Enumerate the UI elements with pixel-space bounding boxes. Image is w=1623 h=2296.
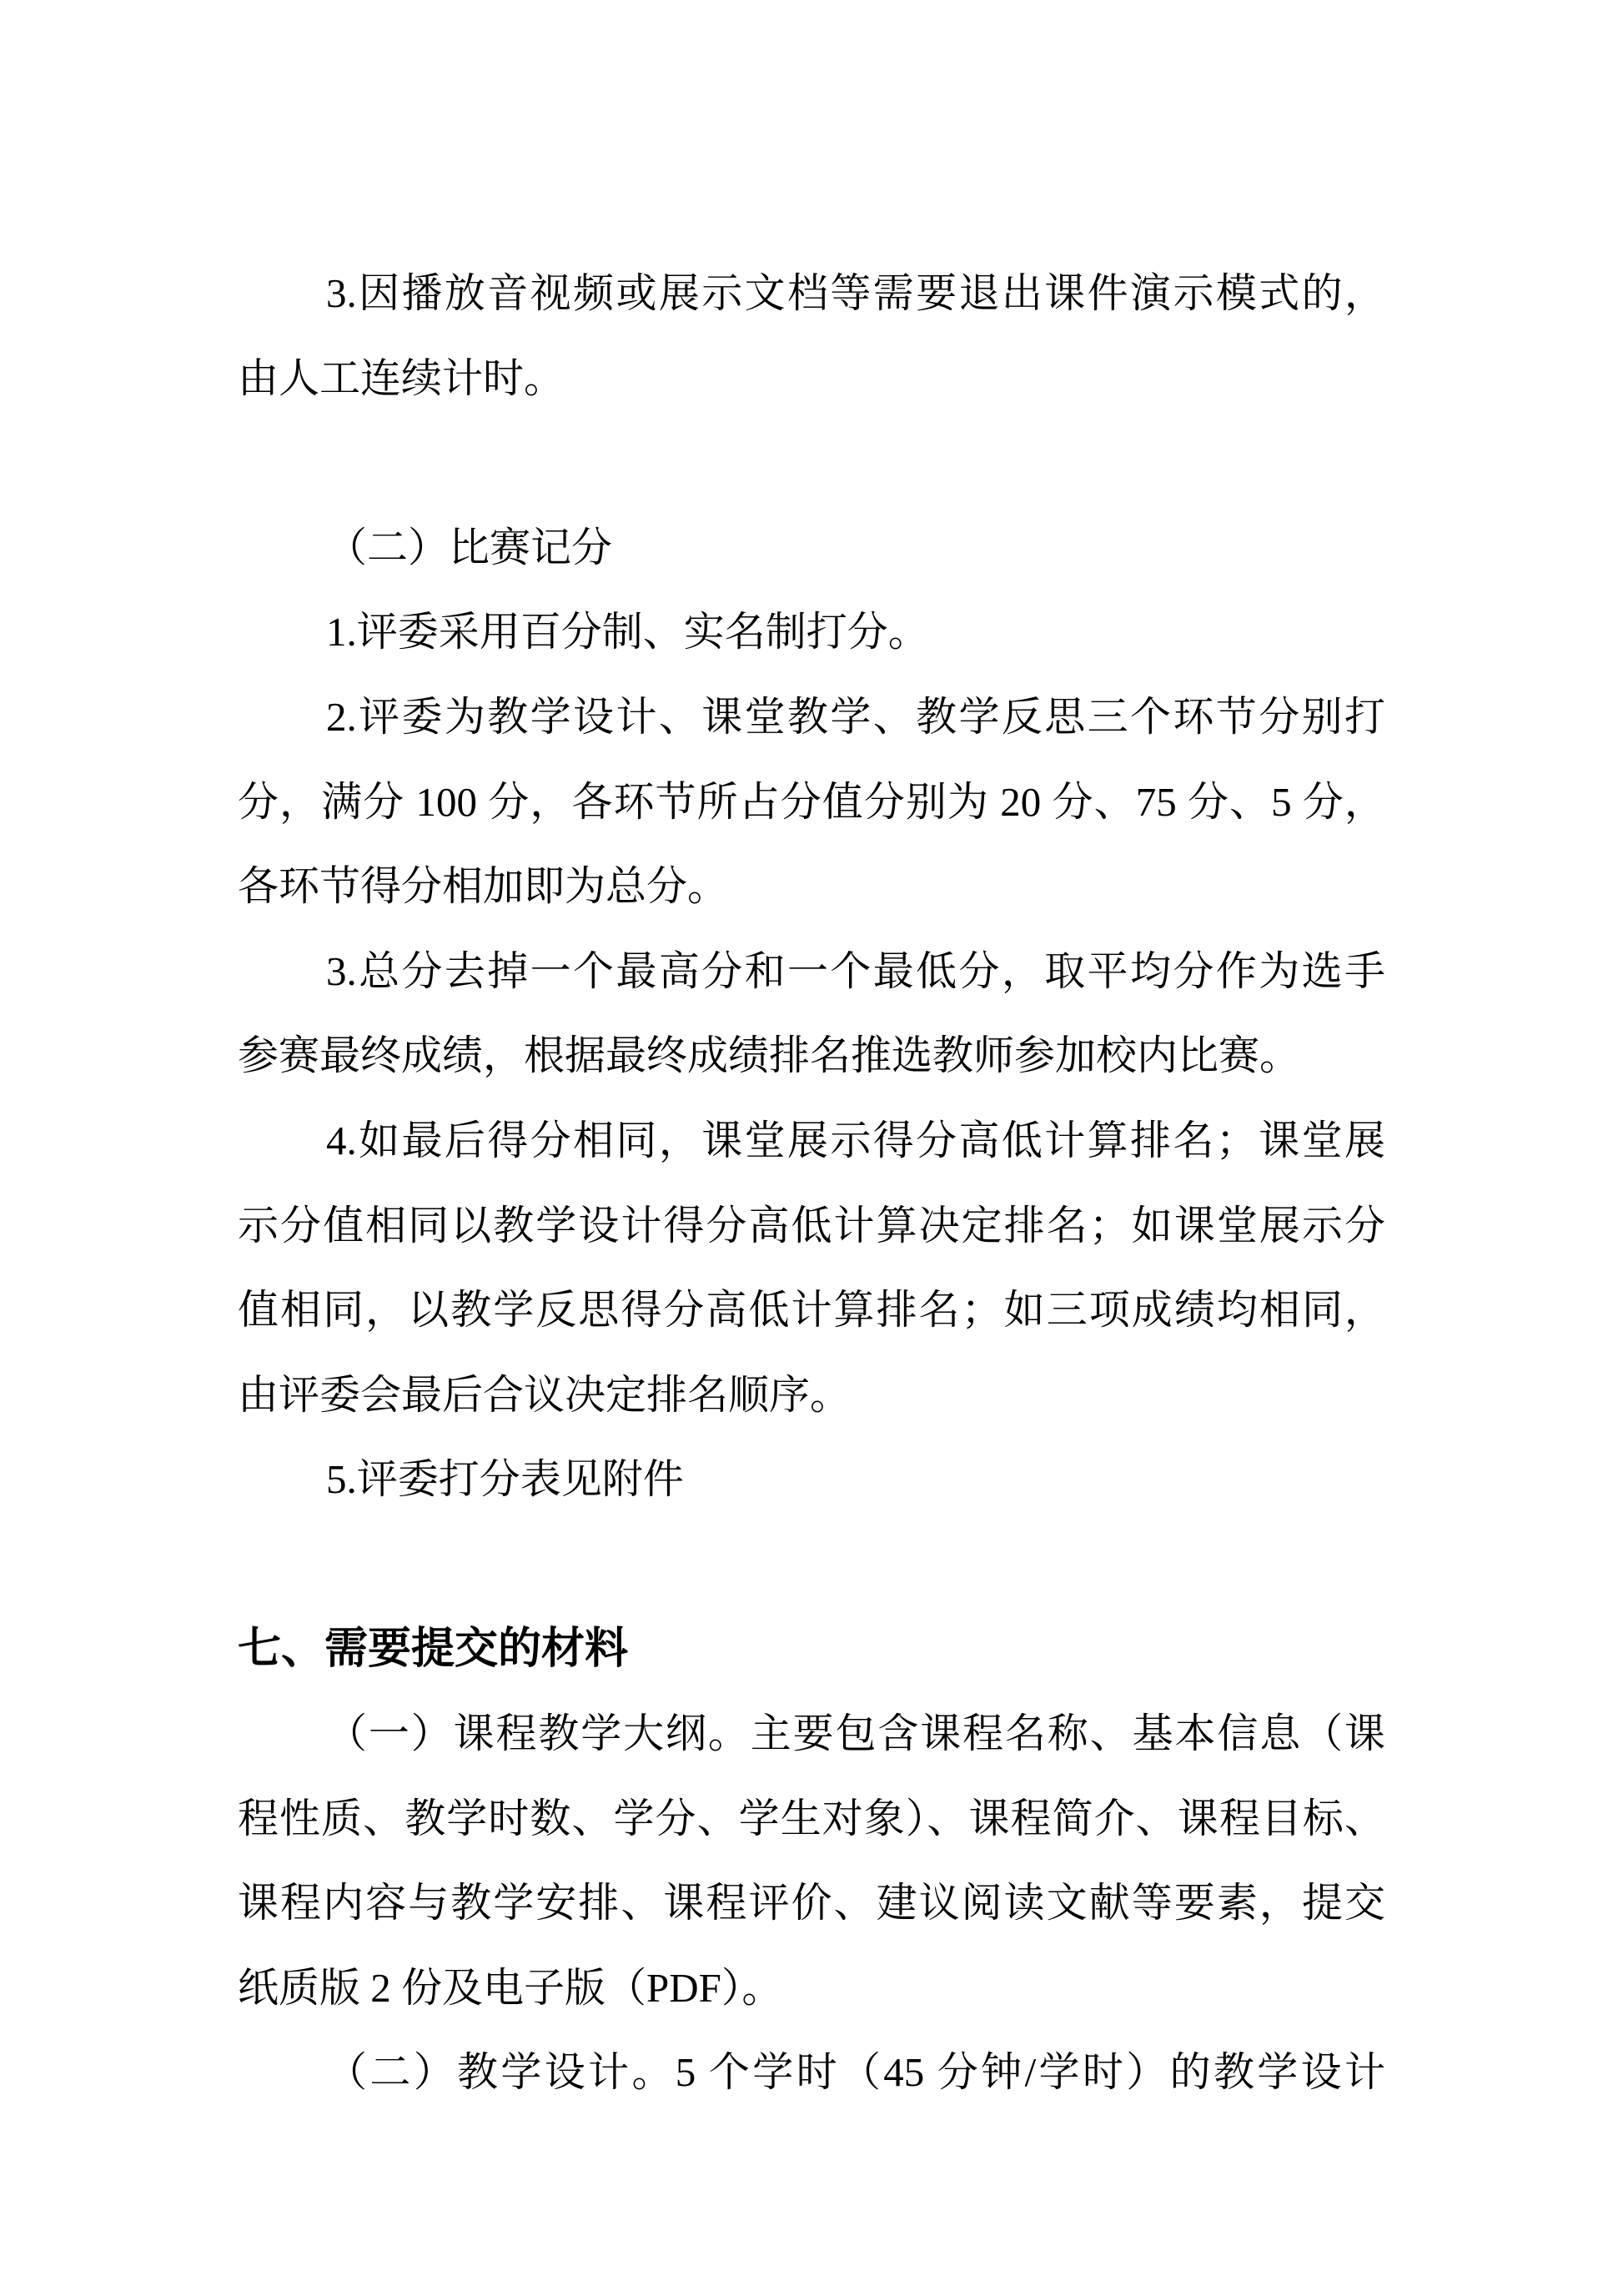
text-line: 课程内容与教学安排、课程评价、建议阅读文献等要素，提交 — [238, 1861, 1385, 1946]
text-line: 4.如最后得分相同，课堂展示得分高低计算排名；课堂展 — [238, 1098, 1385, 1183]
text-line: 参赛最终成绩，根据最终成绩排名推选教师参加校内比赛。 — [238, 1013, 1385, 1098]
text-line: 3.总分去掉一个最高分和一个最低分，取平均分作为选手 — [238, 929, 1385, 1014]
text-line: 1.评委采用百分制、实名制打分。 — [238, 590, 1385, 675]
document-content: 3.因播放音视频或展示文档等需要退出课件演示模式的，由人工连续计时。（二）比赛记… — [238, 251, 1385, 2115]
blank-line — [238, 1522, 1385, 1607]
text-line: 由评委会最后合议决定排名顺序。 — [238, 1353, 1385, 1438]
text-line: （二）教学设计。5 个学时（45 分钟/学时）的教学设计 — [238, 2030, 1385, 2115]
text-line: 5.评委打分表见附件 — [238, 1437, 1385, 1522]
text-line: 值相同，以教学反思得分高低计算排名；如三项成绩均相同， — [238, 1268, 1385, 1353]
text-line: （一）课程教学大纲。主要包含课程名称、基本信息（课 — [238, 1691, 1385, 1776]
text-line: 2.评委为教学设计、课堂教学、教学反思三个环节分别打 — [238, 675, 1385, 760]
text-line: 由人工连续计时。 — [238, 336, 1385, 421]
section-heading: 七、需要提交的材料 — [238, 1607, 1385, 1692]
text-line: 程性质、教学时数、学分、学生对象）、课程简介、课程目标、 — [238, 1776, 1385, 1861]
blank-line — [238, 420, 1385, 505]
text-line: 纸质版 2 份及电子版（PDF）。 — [238, 1946, 1385, 2031]
text-line: 各环节得分相加即为总分。 — [238, 844, 1385, 929]
text-line: 3.因播放音视频或展示文档等需要退出课件演示模式的， — [238, 251, 1385, 336]
text-line: （二）比赛记分 — [238, 505, 1385, 590]
text-line: 示分值相同以教学设计得分高低计算决定排名；如课堂展示分 — [238, 1183, 1385, 1269]
document-page: 3.因播放音视频或展示文档等需要退出课件演示模式的，由人工连续计时。（二）比赛记… — [0, 0, 1623, 2296]
text-line: 分，满分 100 分，各环节所占分值分别为 20 分、75 分、5 分， — [238, 760, 1385, 845]
